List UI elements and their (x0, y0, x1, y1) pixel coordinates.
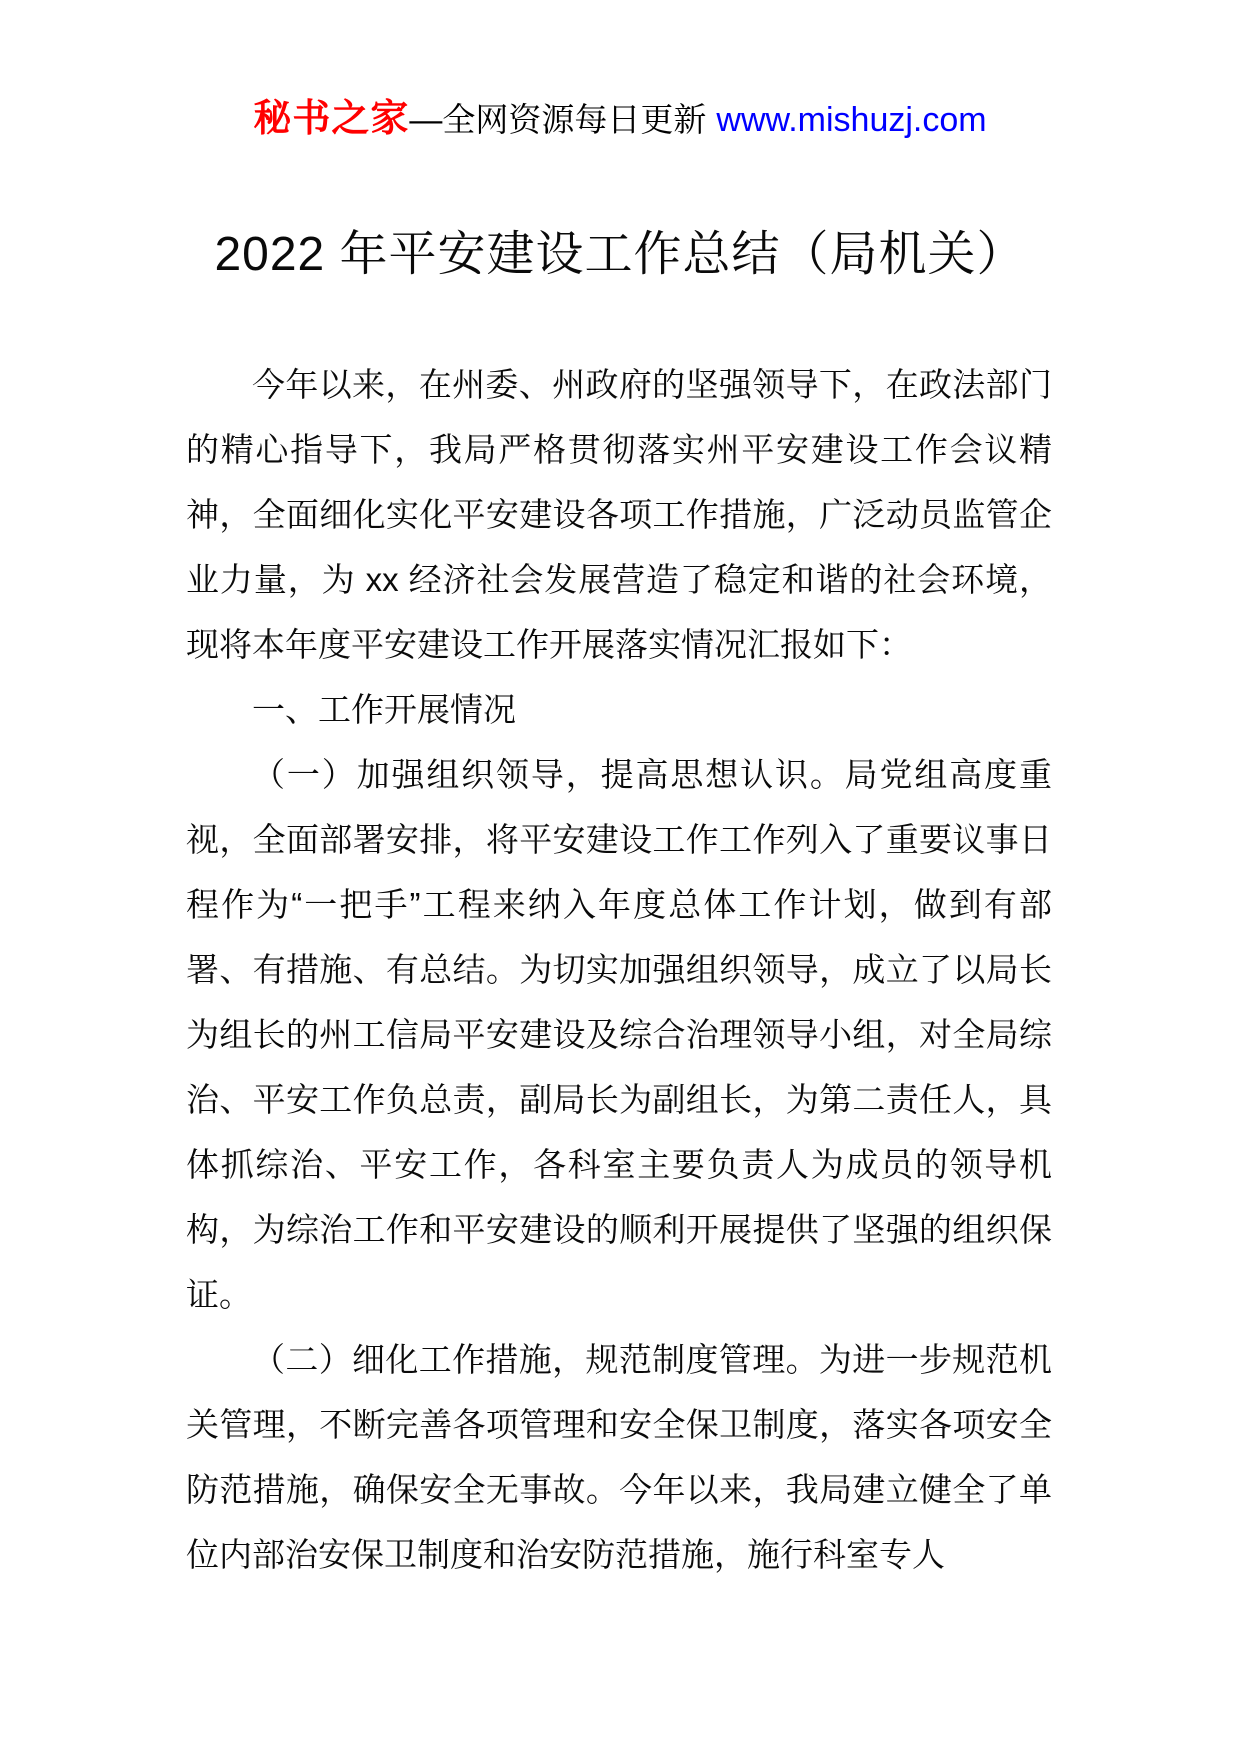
site-brand: 秘书之家 (253, 98, 409, 140)
document-body: 今年以来，在州委、州政府的坚强领导下，在政法部门的精心指导下，我局严格贯彻落实州… (186, 352, 1052, 1587)
paragraph-section-1-organization: （一）加强组织领导，提高思想认识。局党组高度重视，全面部署安排，将平安建设工作工… (186, 742, 1052, 1327)
site-tagline: —全网资源每日更新 (409, 101, 706, 138)
section-heading-work-progress: 一、工作开展情况 (186, 677, 1052, 742)
paragraph-intro: 今年以来，在州委、州政府的坚强领导下，在政法部门的精心指导下，我局严格贯彻落实州… (186, 352, 1052, 677)
document-title: 2022 年平安建设工作总结（局机关） (0, 218, 1240, 292)
site-url-link[interactable]: www.mishuzj.com (716, 101, 986, 139)
site-header: 秘书之家—全网资源每日更新www.mishuzj.com (0, 96, 1240, 143)
paragraph-section-2-measures: （二）细化工作措施，规范制度管理。为进一步规范机关管理，不断完善各项管理和安全保… (186, 1327, 1052, 1587)
document-page: 秘书之家—全网资源每日更新www.mishuzj.com 2022 年平安建设工… (0, 0, 1240, 1754)
